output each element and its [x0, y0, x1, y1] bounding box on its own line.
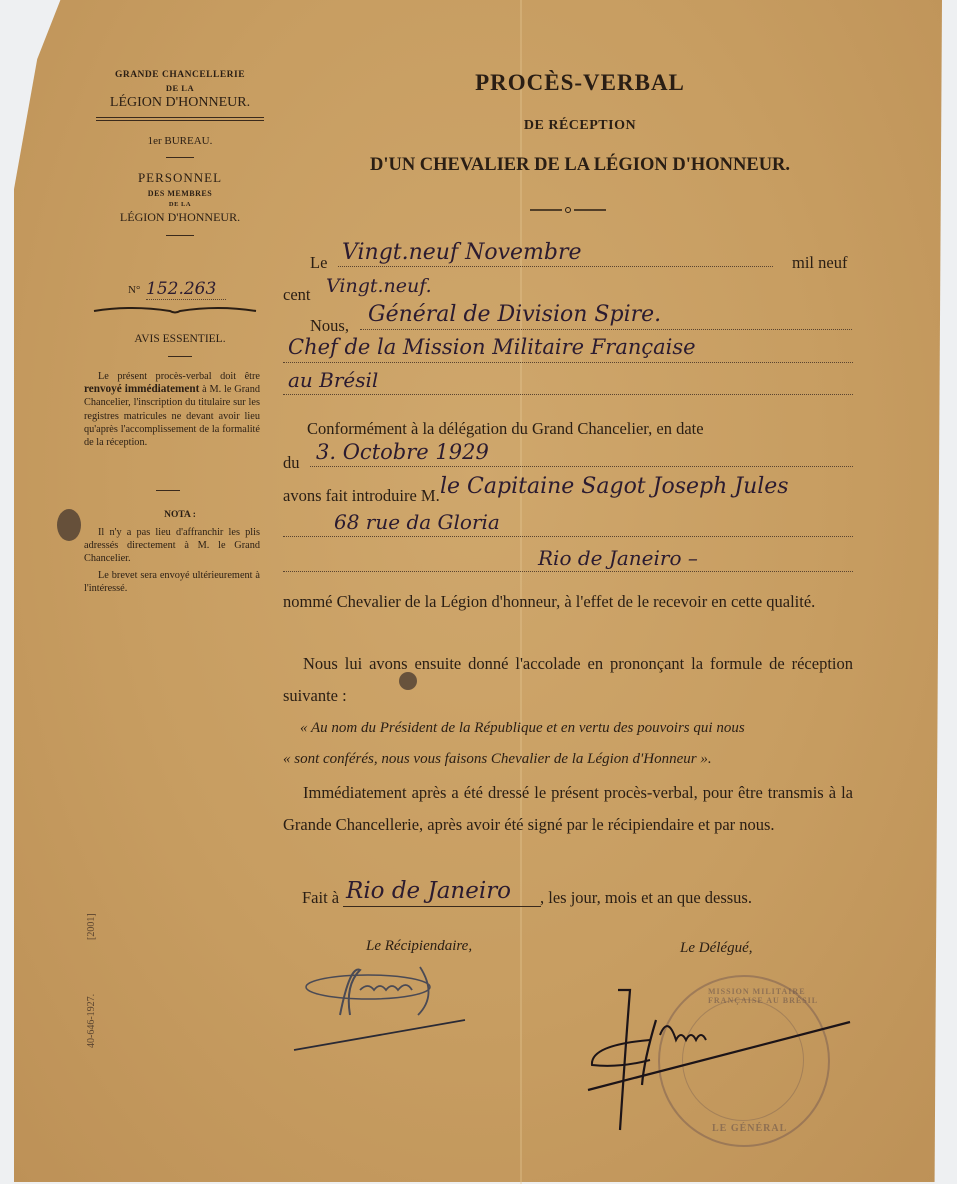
- short-rule: [168, 356, 192, 357]
- section-line-4: LÉGION D'HONNEUR.: [86, 210, 274, 225]
- recipient-label: Le Récipiendaire,: [366, 938, 472, 955]
- fait-label: Fait à: [302, 888, 339, 908]
- left-header-block: GRANDE CHANCELLERIE DE LA LÉGION D'HONNE…: [86, 70, 274, 236]
- nous-label: Nous,: [310, 316, 349, 336]
- nota-title: NOTA :: [86, 510, 274, 520]
- ink-blot: [57, 509, 81, 541]
- introduire-label: avons fait introduire M.: [283, 486, 440, 506]
- avis-text-part: Le présent procès-verbal doit être: [98, 371, 260, 382]
- section-line-3: DE LA: [86, 201, 274, 208]
- double-rule: [96, 117, 264, 121]
- avis-text-emphasis: renvoyé immédiatement: [84, 383, 199, 395]
- accolade-paragraph: Nous lui avons ensuite donné l'accolade …: [283, 648, 853, 712]
- date-cent: cent: [283, 285, 310, 305]
- title-ornament: [528, 206, 608, 214]
- record-number: 152.263: [146, 279, 226, 300]
- document-title: PROCÈS-VERBAL: [300, 70, 860, 96]
- print-reference: 40-646-1927.: [86, 994, 97, 1048]
- avis-text: Le présent procès-verbal doit être renvo…: [84, 370, 260, 449]
- delegate-line-1: Général de Division Spire.: [368, 302, 661, 327]
- delegate-line-3: au Brésil: [288, 368, 378, 392]
- nomme-paragraph: nommé Chevalier de la Légion d'honneur, …: [283, 586, 853, 618]
- section-line-1: PERSONNEL: [86, 170, 274, 186]
- formula-line-1: « Au nom du Président de la République e…: [300, 720, 745, 737]
- delegate-label: Le Délégué,: [680, 940, 752, 957]
- address-line-1: 68 rue da Gloria: [334, 510, 500, 534]
- short-rule: [156, 490, 180, 491]
- delegation-date: 3. Octobre 1929: [316, 440, 489, 464]
- fait-suffix: , les jour, mois et an que dessus.: [540, 888, 752, 908]
- date-day-month: Vingt.neuf Novembre: [342, 240, 582, 265]
- section-line-2: DES MEMBRES: [86, 189, 274, 198]
- short-rule: [166, 235, 194, 236]
- date-prefix: Le: [310, 253, 327, 273]
- org-line-1: GRANDE CHANCELLERIE: [86, 70, 274, 80]
- ink-spot: [399, 672, 417, 690]
- print-code: [2001]: [86, 913, 97, 940]
- fait-underline: [343, 906, 541, 907]
- document-subtitle-2: D'UN CHEVALIER DE LA LÉGION D'HONNEUR.: [300, 155, 860, 176]
- formula-line-2: « sont conférés, nous vous faisons Cheva…: [283, 751, 712, 768]
- recipient-signature: [290, 955, 470, 1055]
- recipient-name: le Capitaine Sagot Joseph Jules: [440, 474, 789, 499]
- bureau-label: 1er BUREAU.: [86, 135, 274, 147]
- ornament-divider: [92, 305, 258, 317]
- date-mid: mil neuf: [792, 253, 847, 273]
- nota-text-2: Le brevet sera envoyé ultérieurement à l…: [84, 569, 260, 595]
- short-rule: [166, 157, 194, 158]
- address-line-2: Rio de Janeiro –: [538, 546, 698, 570]
- number-label: N°: [128, 284, 140, 296]
- delegate-line-2: Chef de la Mission Militaire Française: [288, 335, 696, 359]
- avis-title: AVIS ESSENTIEL.: [86, 333, 274, 345]
- date-year: Vingt.neuf.: [326, 275, 432, 297]
- nota-text-1: Il n'y a pas lieu d'affranchir les plis …: [84, 526, 260, 566]
- document-subtitle: DE RÉCEPTION: [300, 118, 860, 134]
- fait-place: Rio de Janeiro: [346, 878, 511, 904]
- immediatement-paragraph: Immédiatement après a été dressé le prés…: [283, 777, 853, 841]
- org-line-3: LÉGION D'HONNEUR.: [86, 95, 274, 111]
- du-label: du: [283, 453, 300, 473]
- delegate-signature: [580, 980, 860, 1140]
- org-line-2: DE LA: [86, 83, 274, 93]
